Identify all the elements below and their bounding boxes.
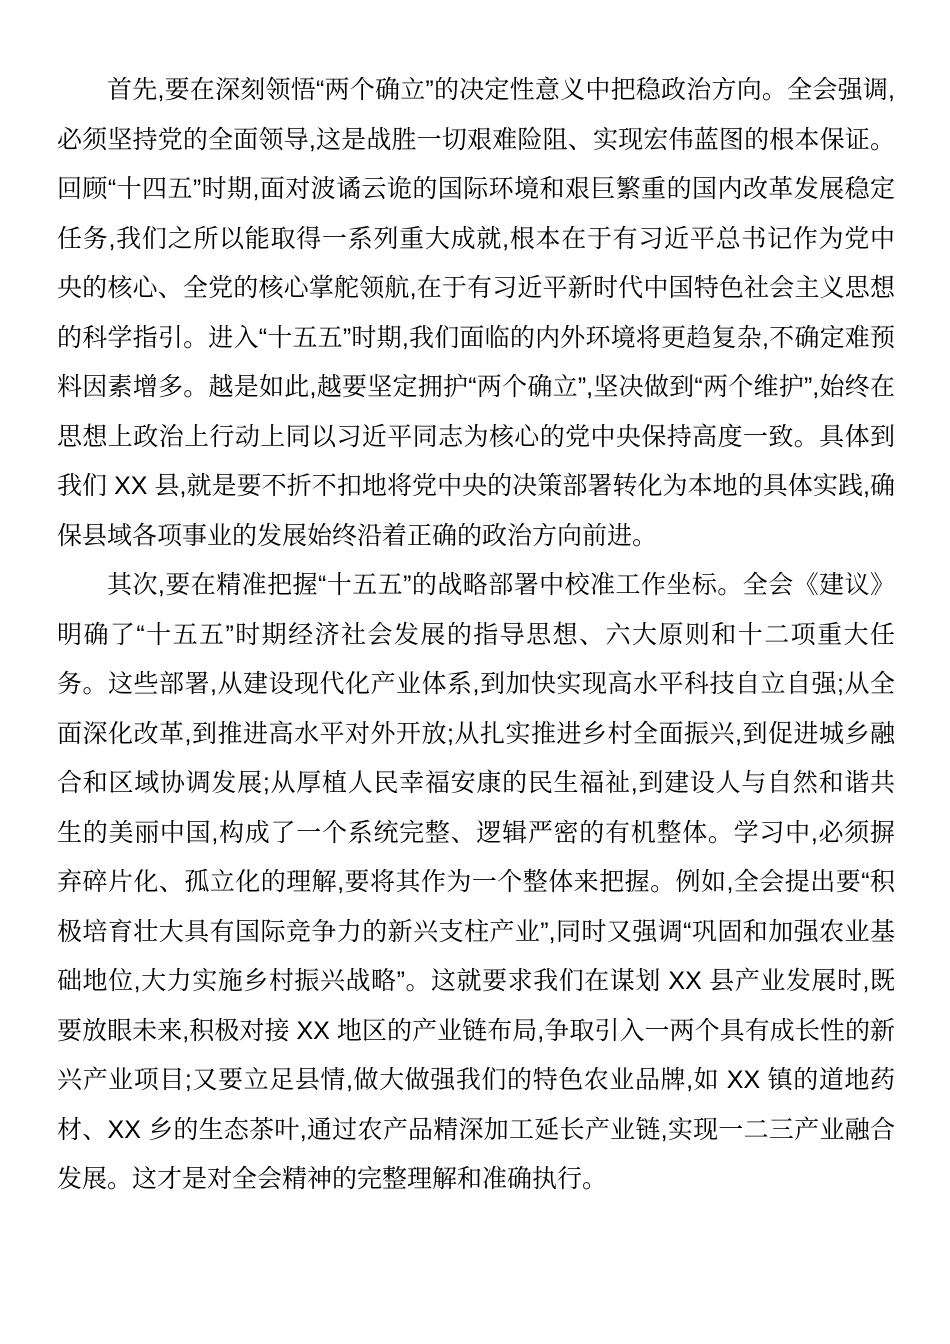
paragraph-strategic-deployment: 其次,要在精准把握“十五五”的战略部署中校准工作坐标。全会《建议》明确了“十五五… bbox=[57, 561, 895, 1205]
document-page: 首先,要在深刻领悟“两个确立”的决定性意义中把稳政治方向。全会强调,必须坚持党的… bbox=[0, 0, 950, 1344]
paragraph-political-direction: 首先,要在深刻领悟“两个确立”的决定性意义中把稳政治方向。全会强调,必须坚持党的… bbox=[57, 66, 895, 561]
